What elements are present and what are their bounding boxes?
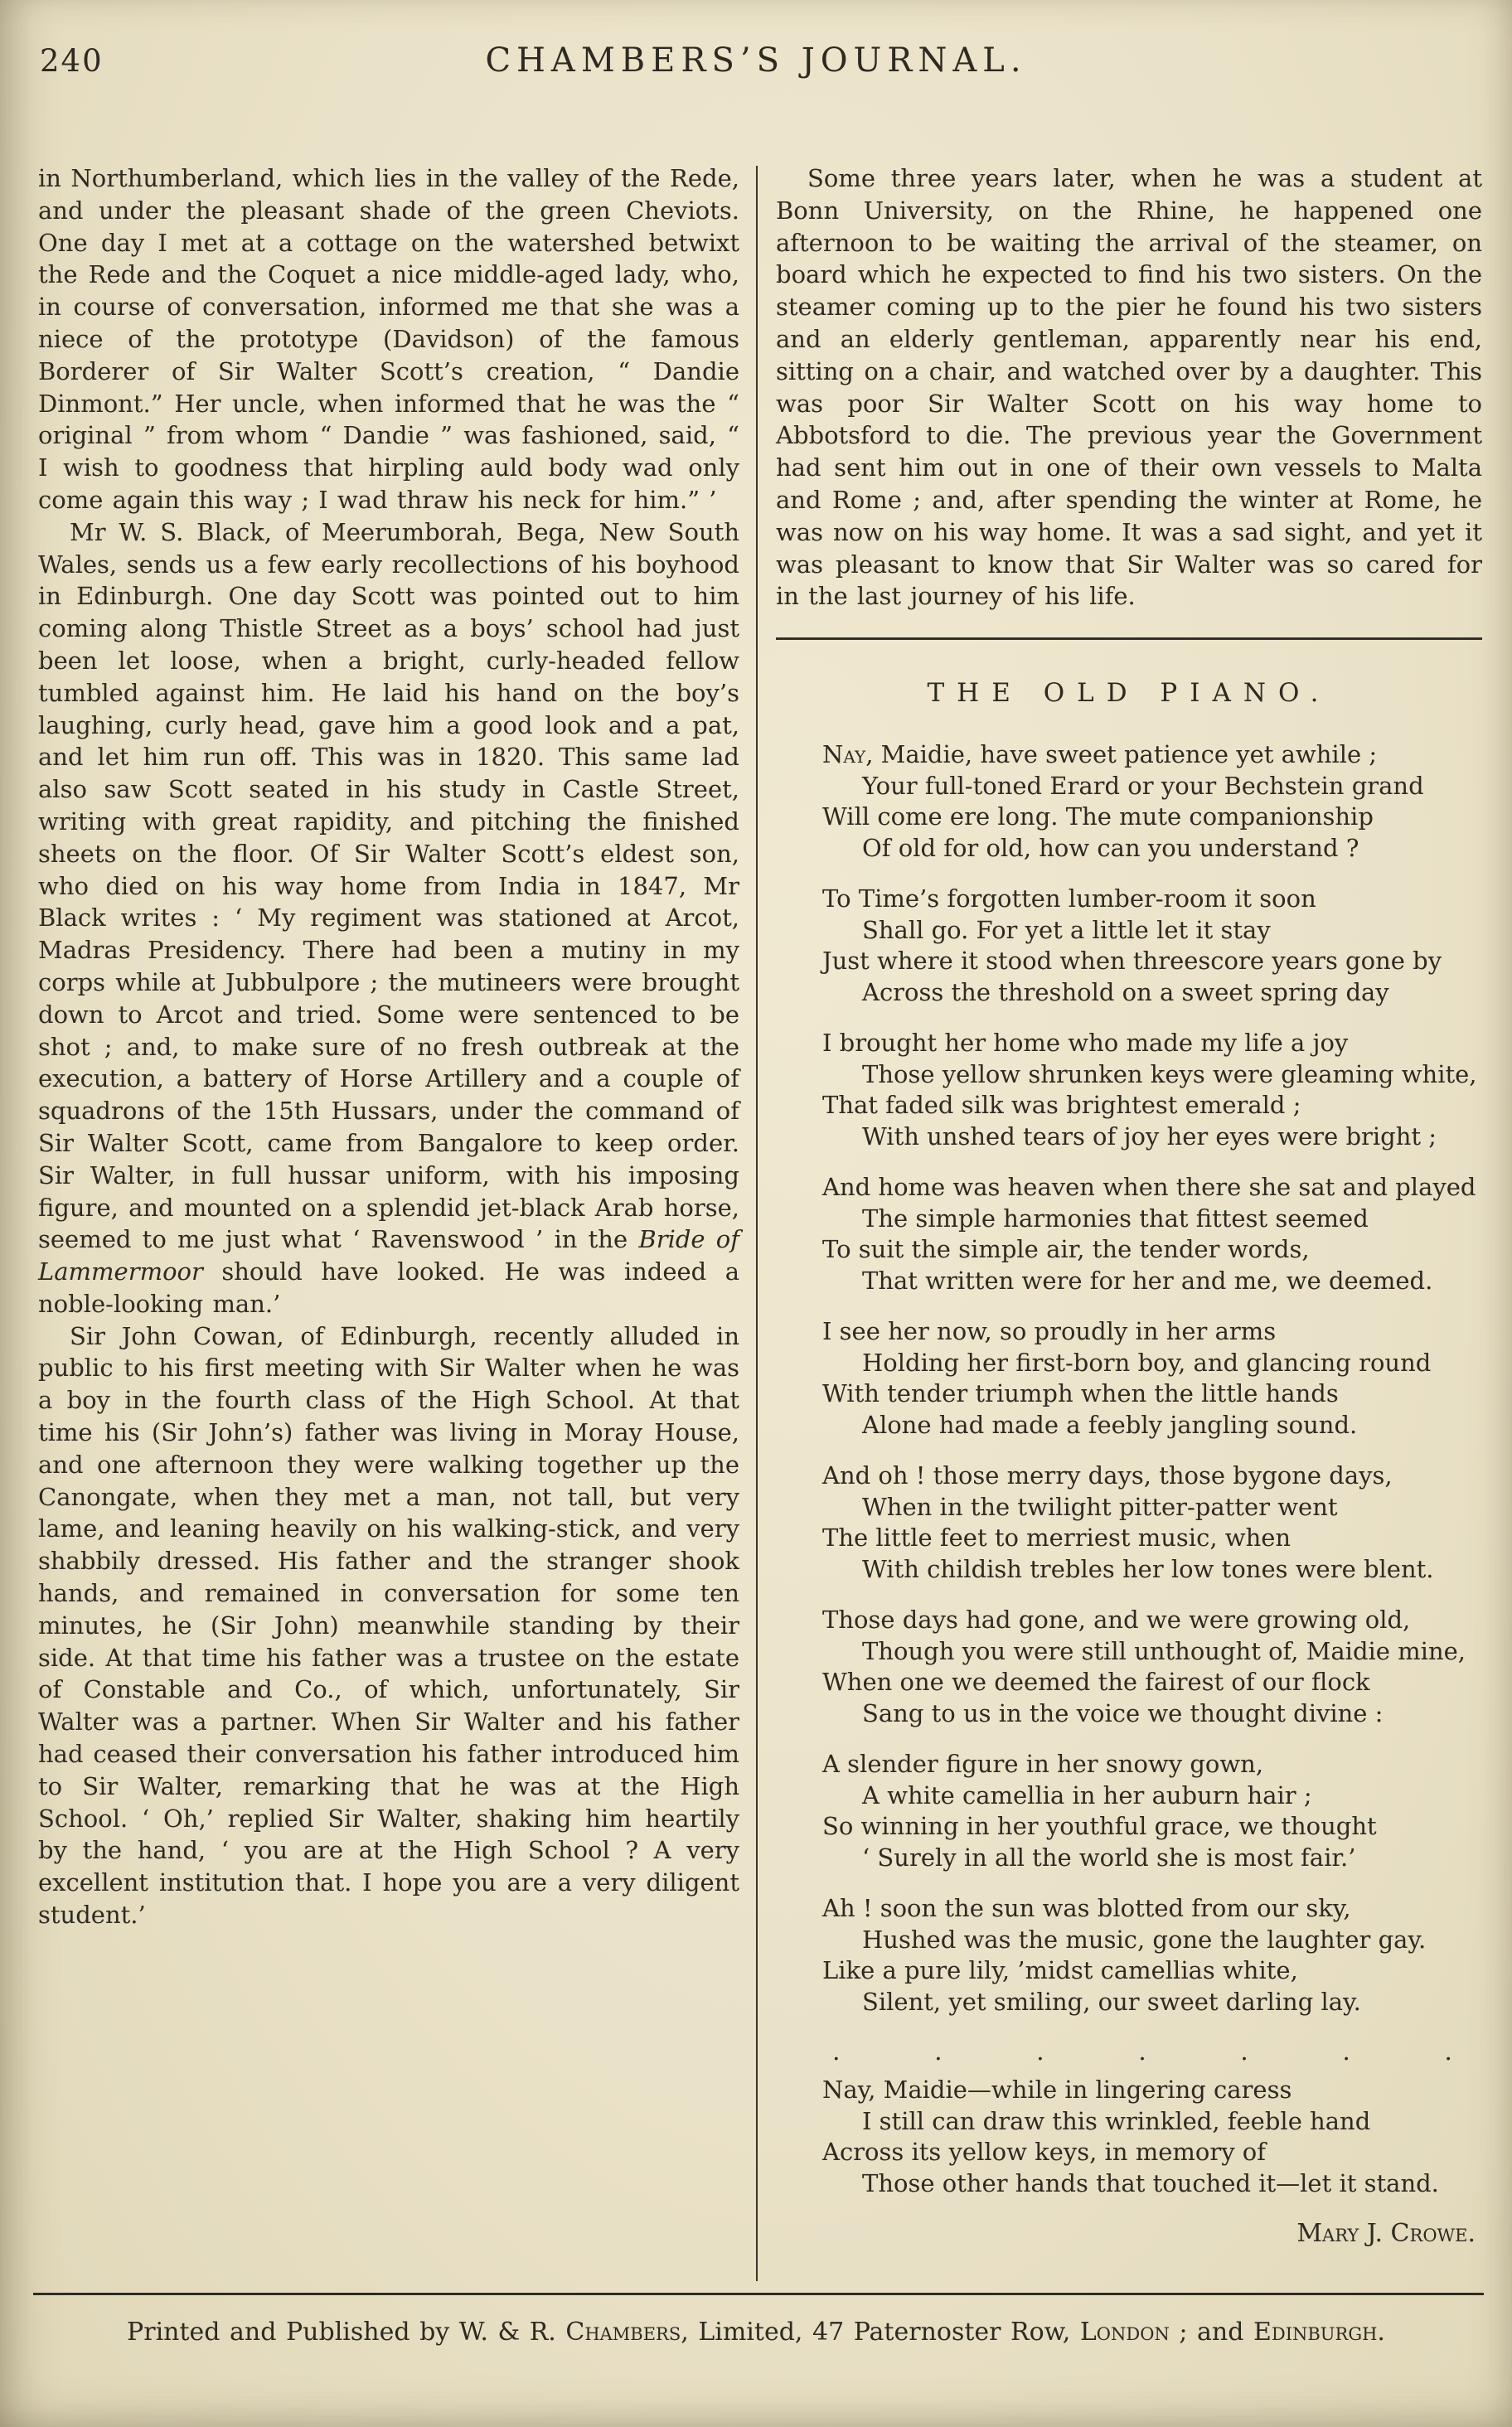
poem-stanza: A slender figure in her snowy gown,A whi…: [822, 1749, 1482, 1873]
poem-line: Alone had made a feebly jangling sound.: [822, 1410, 1482, 1441]
journal-title: CHAMBERS’S JOURNAL.: [0, 41, 1512, 80]
smallcaps-text: Nay: [822, 740, 865, 768]
poem-line: And oh ! those merry days, those bygone …: [822, 1461, 1482, 1492]
poem-line: Those days had gone, and we were growing…: [822, 1605, 1482, 1636]
paragraph: Some three years later, when he was a st…: [776, 162, 1482, 613]
poem-stanza: I brought her home who made my life a jo…: [822, 1028, 1482, 1152]
footer-rule: [33, 2293, 1484, 2295]
text-run: Sir John Cowan, of Edinburgh, recently a…: [38, 1322, 739, 1929]
poem-line: Nay, Maidie—while in lingering caress: [822, 2075, 1482, 2106]
text-run: Some three years later, when he was a st…: [776, 164, 1482, 610]
section-divider-rule: [776, 637, 1482, 640]
poem-line: With unshed tears of joy her eyes were b…: [822, 1121, 1482, 1153]
poem-stanza: Ah ! soon the sun was blotted from our s…: [822, 1893, 1482, 2018]
poem-line: I brought her home who made my life a jo…: [822, 1028, 1482, 1059]
poem-line: With tender triumph when the little hand…: [822, 1378, 1482, 1410]
scanned-journal-page: 240 CHAMBERS’S JOURNAL. in Northumberlan…: [0, 0, 1512, 2427]
text-run: Printed and Published by W. & R.: [127, 2318, 565, 2347]
poem-line: Across the threshold on a sweet spring d…: [822, 977, 1482, 1009]
poem-line: I see her now, so proudly in her arms: [822, 1316, 1482, 1348]
poem-line: Across its yellow keys, in memory of: [822, 2137, 1482, 2168]
poem-line: The little feet to merriest music, when: [822, 1523, 1482, 1554]
paragraph: Mr W. S. Black, of Meerumborah, Bega, Ne…: [38, 516, 739, 1320]
poem-line: That faded silk was brightest emerald ;: [822, 1090, 1482, 1121]
poem-line: The simple harmonies that fittest seemed: [822, 1204, 1482, 1235]
poem-title: THE OLD PIANO.: [776, 678, 1482, 708]
poem-line: Ah ! soon the sun was blotted from our s…: [822, 1893, 1482, 1925]
text-run: in Northumberland, which lies in the val…: [38, 164, 739, 514]
stanza-separator-dots: . . . . . . .: [822, 2037, 1482, 2066]
poem-line: When in the twilight pitter-patter went: [822, 1492, 1482, 1524]
right-column-prose: Some three years later, when he was a st…: [776, 162, 1482, 613]
footer-imprint: Printed and Published by W. & R. Chamber…: [0, 2318, 1512, 2347]
poem-body: Nay, Maidie, have sweet patience yet awh…: [776, 739, 1482, 2199]
poem-stanza: Nay, Maidie, have sweet patience yet awh…: [822, 739, 1482, 864]
poem-stanza: I see her now, so proudly in her armsHol…: [822, 1316, 1482, 1441]
left-column: in Northumberland, which lies in the val…: [38, 162, 739, 2248]
poem-line: That written were for her and me, we dee…: [822, 1266, 1482, 1297]
text-run: ; and: [1170, 2318, 1253, 2347]
poem-line: With childish trebles her low tones were…: [822, 1554, 1482, 1586]
poem-line: ‘ Surely in all the world she is most fa…: [822, 1843, 1482, 1874]
poem-line: Silent, yet smiling, our sweet darling l…: [822, 1987, 1482, 2018]
text-run: Mr W. S. Black, of Meerumborah, Bega, Ne…: [38, 518, 739, 1254]
text-run: , Limited, 47 Paternoster Row,: [681, 2318, 1080, 2347]
poem-line: To Time’s forgotten lumber-room it soon: [822, 884, 1482, 915]
poem-line: Of old for old, how can you understand ?: [822, 833, 1482, 865]
poem-line: Holding her first-born boy, and glancing…: [822, 1348, 1482, 1379]
poem-line: To suit the simple air, the tender words…: [822, 1234, 1482, 1266]
poem-line: So winning in her youthful grace, we tho…: [822, 1811, 1482, 1843]
poem-line: A slender figure in her snowy gown,: [822, 1749, 1482, 1780]
right-column: Some three years later, when he was a st…: [776, 162, 1482, 2248]
smallcaps-text: Chambers: [565, 2318, 681, 2347]
poem-stanza: Those days had gone, and we were growing…: [822, 1605, 1482, 1729]
poem-line: Sang to us in the voice we thought divin…: [822, 1698, 1482, 1730]
text-run: .: [1377, 2318, 1385, 2347]
poem-line: A white camellia in her auburn hair ;: [822, 1780, 1482, 1812]
poem-attribution: Mary J. Crowe.: [776, 2219, 1482, 2248]
poem-line: I still can draw this wrinkled, feeble h…: [822, 2106, 1482, 2138]
poem-line: Just where it stood when threescore year…: [822, 946, 1482, 977]
two-column-text-area: in Northumberland, which lies in the val…: [38, 162, 1482, 2248]
smallcaps-text: Edinburgh: [1253, 2318, 1377, 2347]
poem-stanza: And home was heaven when there she sat a…: [822, 1172, 1482, 1296]
poem-line: Will come ere long. The mute companionsh…: [822, 802, 1482, 833]
poem-line: Shall go. For yet a little let it stay: [822, 915, 1482, 947]
paragraph: Sir John Cowan, of Edinburgh, recently a…: [38, 1320, 739, 1931]
poem-stanza: To Time’s forgotten lumber-room it soonS…: [822, 884, 1482, 1008]
poem-line: Though you were still unthought of, Maid…: [822, 1636, 1482, 1668]
poem-stanza: And oh ! those merry days, those bygone …: [822, 1461, 1482, 1585]
paragraph: in Northumberland, which lies in the val…: [38, 162, 739, 516]
poem-line: Those other hands that touched it—let it…: [822, 2168, 1482, 2200]
poem-line: Nay, Maidie, have sweet patience yet awh…: [822, 739, 1482, 771]
poem-stanza: Nay, Maidie—while in lingering caressI s…: [822, 2075, 1482, 2199]
poem-line: Your full-toned Erard or your Bechstein …: [822, 771, 1482, 802]
poem-line: Those yellow shrunken keys were gleaming…: [822, 1059, 1482, 1091]
poem-line: Like a pure lily, ’midst camellias white…: [822, 1955, 1482, 1987]
smallcaps-text: London: [1080, 2318, 1170, 2347]
poem-line: Hushed was the music, gone the laughter …: [822, 1925, 1482, 1956]
poem-line: And home was heaven when there she sat a…: [822, 1172, 1482, 1204]
poem-line: When one we deemed the fairest of our fl…: [822, 1667, 1482, 1698]
